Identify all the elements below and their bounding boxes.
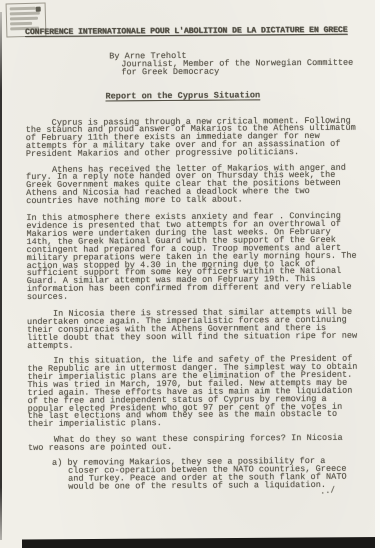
paragraph-coup-attempts: In this atmosphere there exists anxiety …: [26, 213, 361, 302]
paragraph-athens-reply: Athens has received the letter of Makari…: [26, 164, 360, 206]
paragraph-president-danger: In this situation, the life and safety o…: [27, 356, 361, 429]
paragraph-nicosia-warning: In Nicosia there is stressed that simila…: [27, 309, 361, 351]
scan-edge-right: [375, 0, 380, 548]
typed-content: CONFERENCE INTERNATIONALE POUR L'ABOLITI…: [25, 27, 362, 512]
scan-edge-left: [0, 12, 2, 540]
paragraph-intro: Cyprus is passing through a new critical…: [26, 117, 360, 159]
letterhead-title: CONFERENCE INTERNATIONALE POUR L'ABOLITI…: [25, 27, 359, 37]
report-title: Report on the Cyprus Situation: [105, 91, 359, 101]
byline: By Arne Treholt Journalist, Member of th…: [25, 52, 359, 78]
list-item-a: a) by removing Makarios, they see a poss…: [68, 458, 348, 492]
byline-organization: for Greek Democracy: [109, 67, 359, 77]
scanned-page: CONFERENCE INTERNATIONALE POUR L'ABOLITI…: [0, 0, 380, 548]
paragraph-question: What do they so want these conspiring fo…: [28, 434, 362, 452]
stamp-mark-icon: [36, 7, 41, 12]
scan-edge-bottom: [22, 537, 380, 548]
